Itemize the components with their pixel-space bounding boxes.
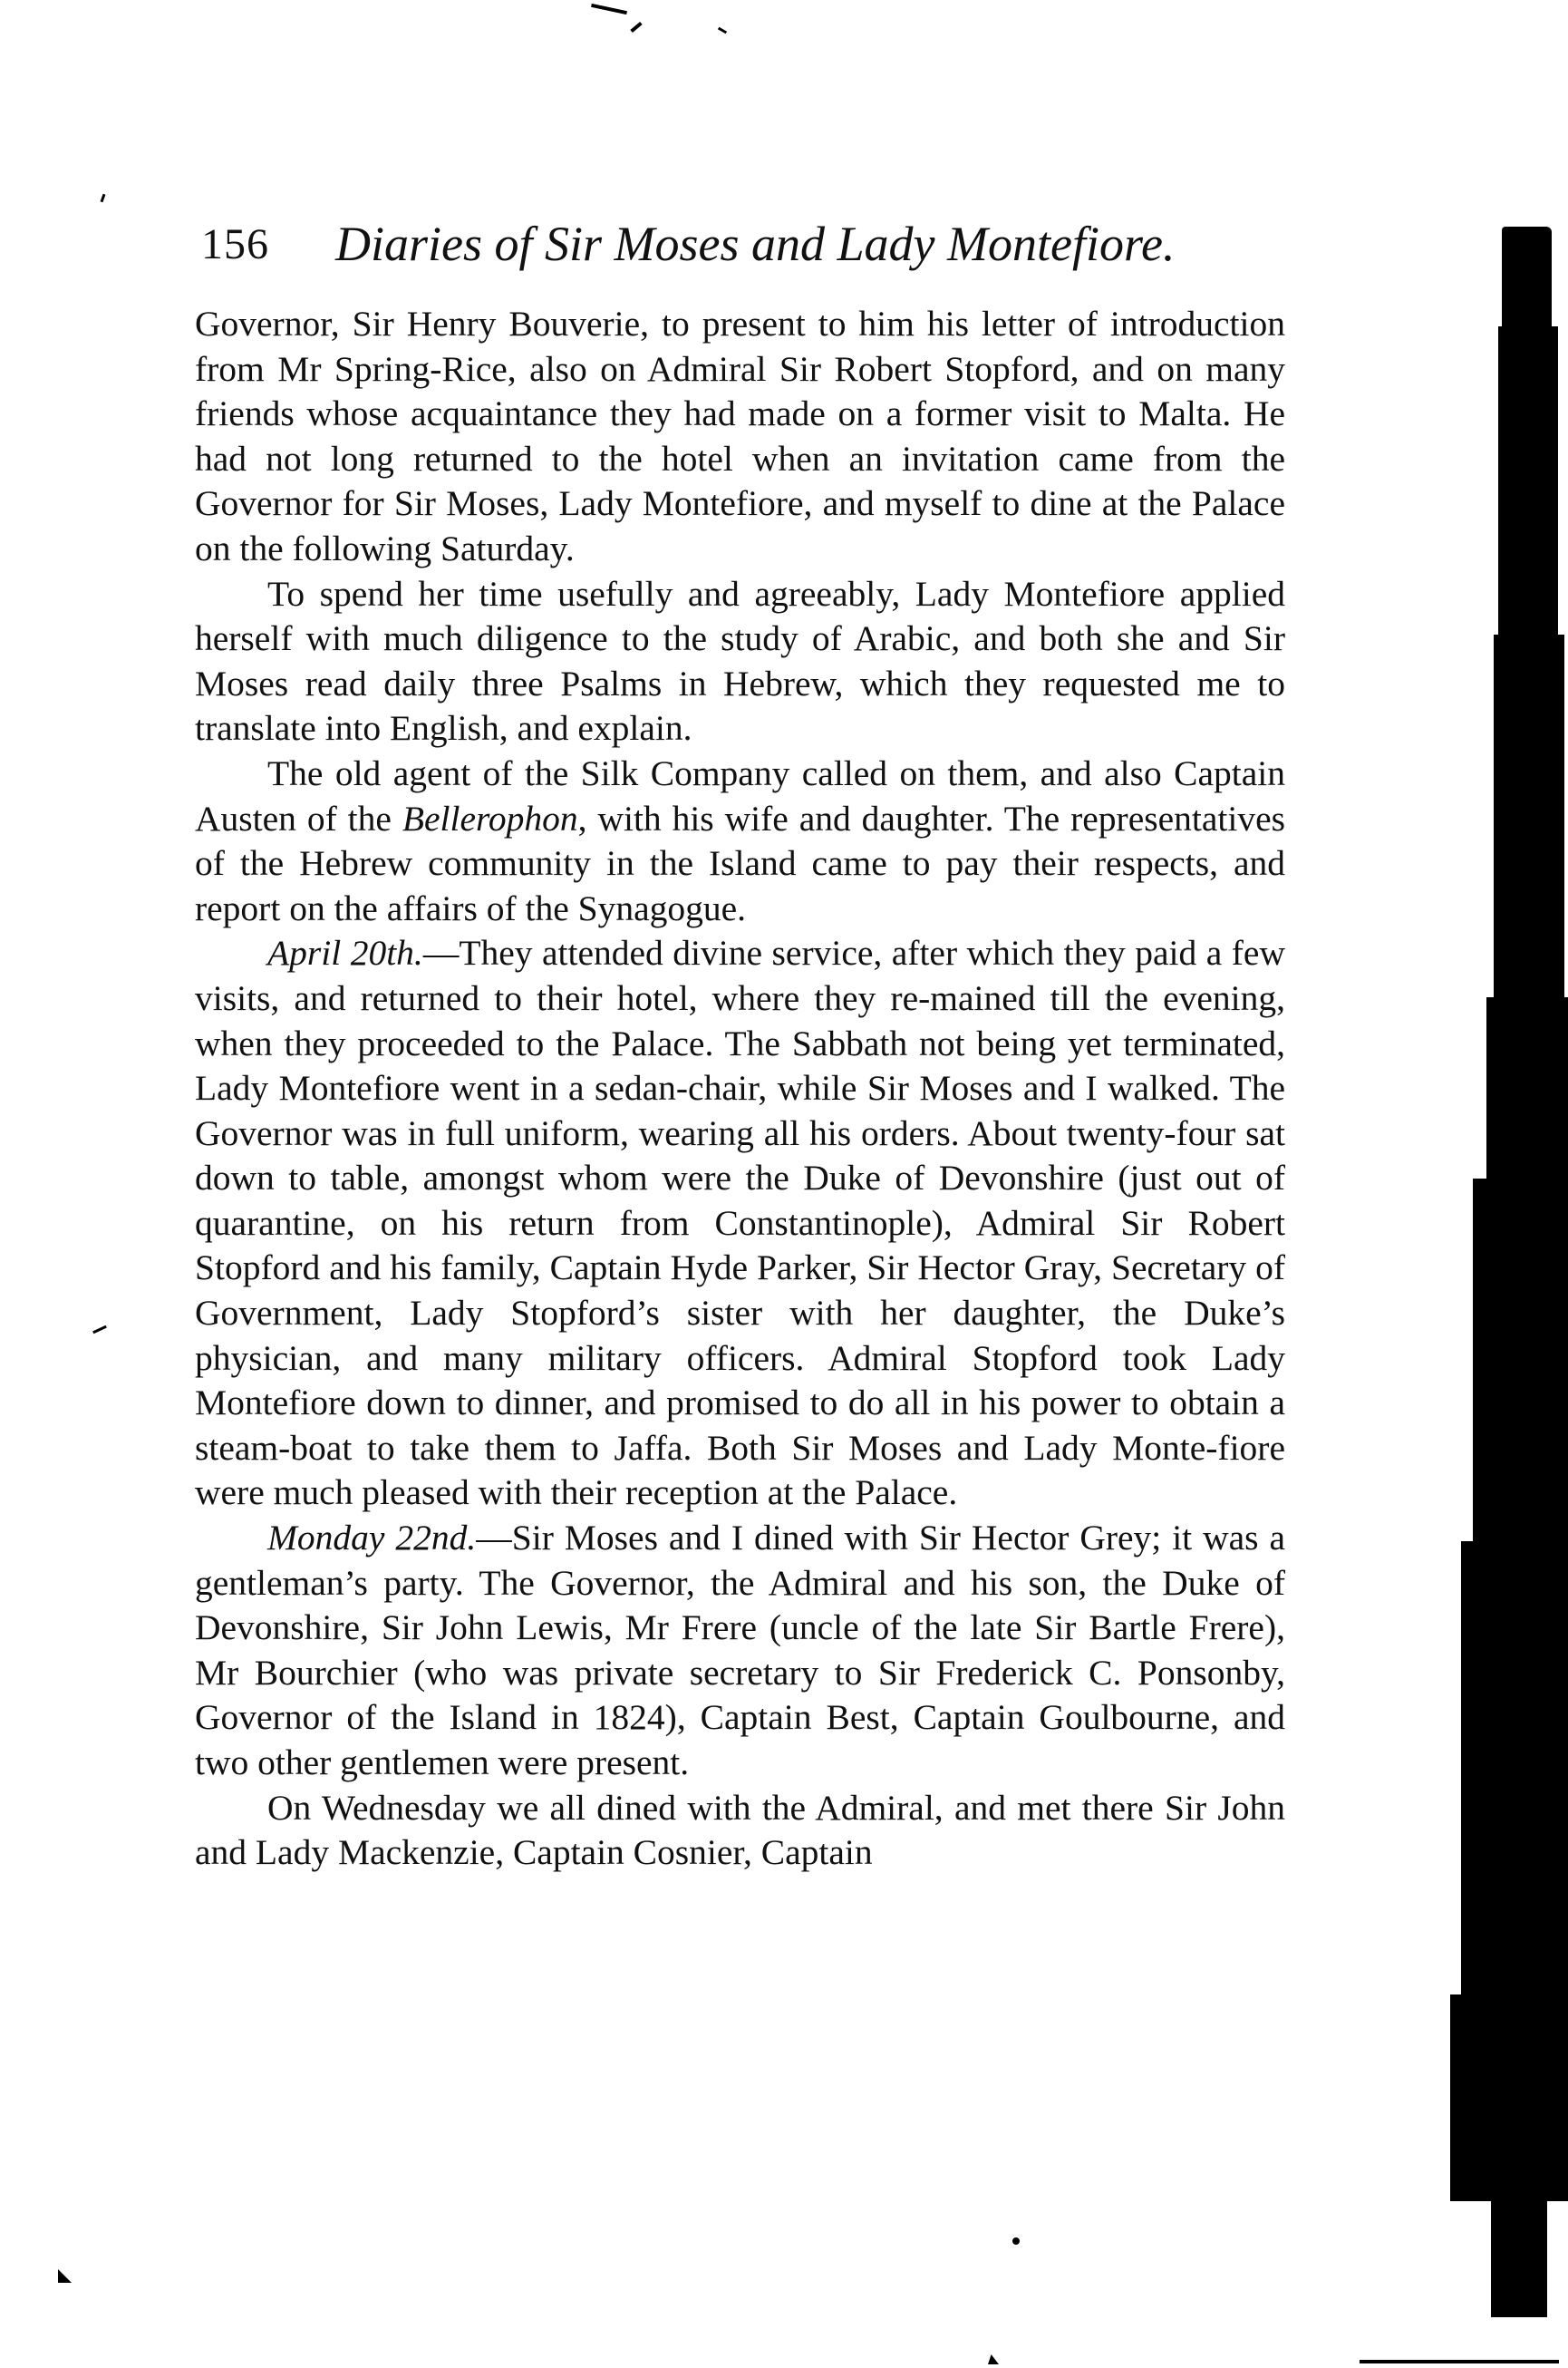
paragraph: The old agent of the Silk Company called… xyxy=(195,752,1285,931)
scan-speck xyxy=(58,2269,72,2283)
diary-date: April 20th. xyxy=(267,933,423,973)
scan-speck xyxy=(101,194,106,202)
text-run: —They attended divine service, after whi… xyxy=(195,933,1285,1512)
paragraph: Governor, Sir Henry Bouverie, to present… xyxy=(195,302,1285,572)
ship-name: Bellerophon xyxy=(402,799,578,839)
paragraph: To spend her time usefully and agreeably… xyxy=(195,572,1285,752)
running-title: Diaries of Sir Moses and Lady Montefiore… xyxy=(335,216,1175,272)
scan-speck xyxy=(988,2354,999,2364)
scan-speck xyxy=(92,1325,107,1334)
scan-speck xyxy=(591,4,627,15)
page-header: 156 Diaries of Sir Moses and Lady Montef… xyxy=(201,216,1289,279)
text-run: On Wednesday we all dined with the Admir… xyxy=(195,1788,1285,1873)
text-run: To spend her time usefully and agreeably… xyxy=(195,574,1285,749)
scan-speck xyxy=(1012,2237,1020,2245)
paragraph: April 20th.—They attended divine service… xyxy=(195,931,1285,1516)
diary-date: Monday 22nd. xyxy=(267,1518,476,1558)
paragraph: On Wednesday we all dined with the Admir… xyxy=(195,1786,1285,1876)
body-text: Governor, Sir Henry Bouverie, to present… xyxy=(195,302,1285,1876)
scan-speck xyxy=(630,22,642,33)
page-number: 156 xyxy=(201,219,269,269)
paragraph: Monday 22nd.—Sir Moses and I dined with … xyxy=(195,1516,1285,1786)
scan-speck xyxy=(718,27,727,34)
text-run: Governor, Sir Henry Bouverie, to present… xyxy=(195,304,1285,568)
